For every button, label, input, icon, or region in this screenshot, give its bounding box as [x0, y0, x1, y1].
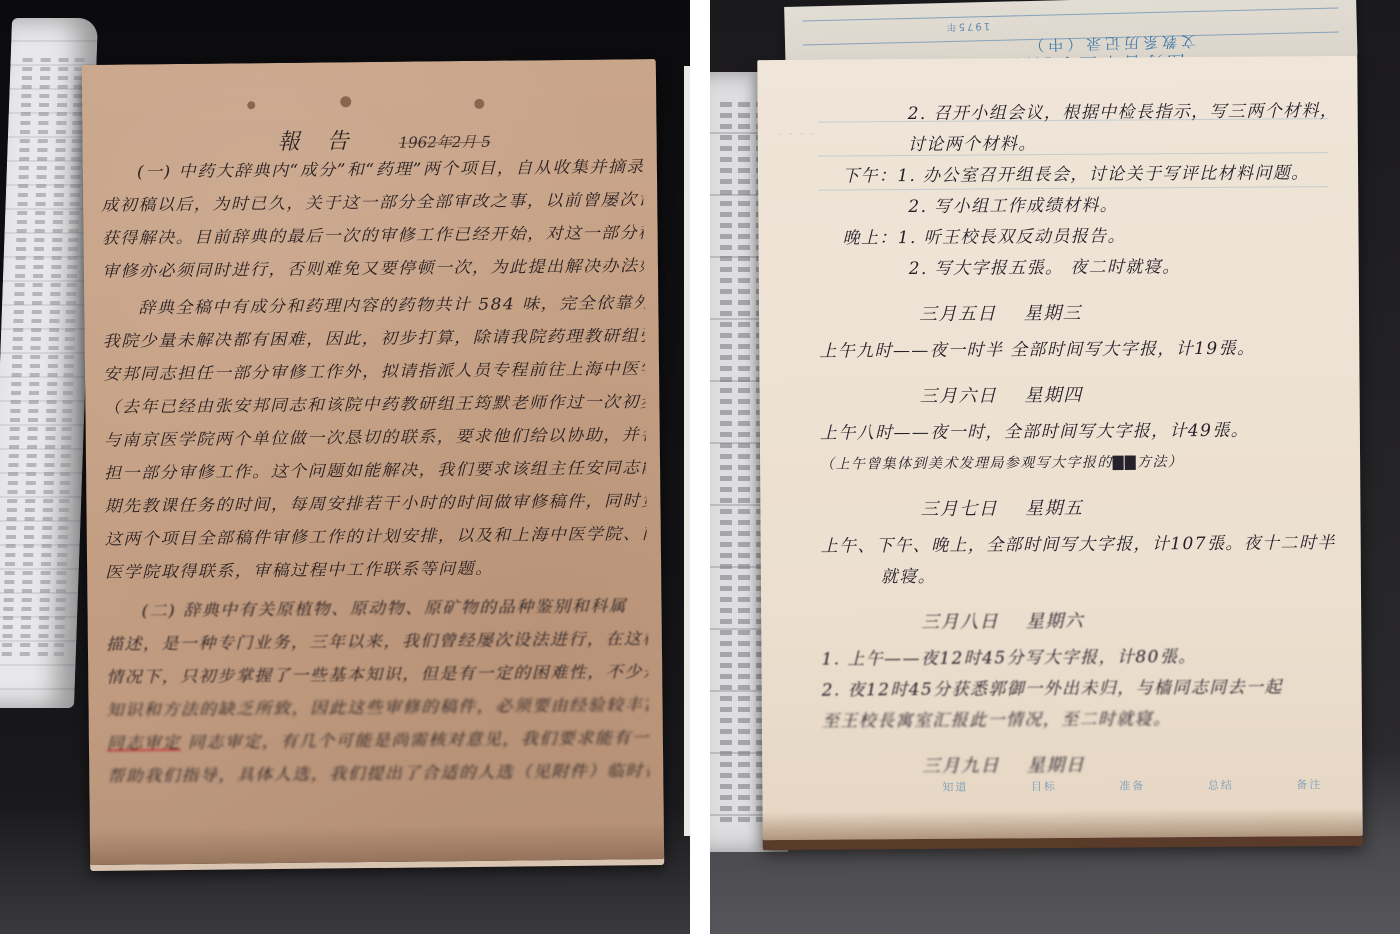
- footer-label: 备注: [1296, 776, 1322, 792]
- diary-line: 2. 夜12时45分获悉郭御一外出未归，与樯同志同去一起: [822, 672, 1342, 707]
- diary-body: 2. 召开小组会议，根据中检長指示，写三两个材料， 讨论两个材料。 下午：1. …: [818, 96, 1343, 789]
- report-line: 情况下，只初步掌握了一些基本知识，但是有一定的困难性，不少是由于: [106, 657, 648, 694]
- report-line: 担一部分审修工作。这个问题如能解决，我们要求该组主任安同志能在本学: [104, 453, 646, 490]
- red-underlined-text: 同志审定: [107, 734, 181, 754]
- report-paragraph-3: (二) 辞典中有关原植物、原动物、原矿物的品种鉴别和科属 描述，是一种专门业务，…: [105, 590, 649, 794]
- footer-label: 知道: [942, 779, 968, 795]
- report-line: 成初稿以后，为时已久，关于这一部分全部审改之事，以前曾屡次讨论，迄未: [101, 185, 643, 222]
- diary-line: 2. 召开小组会议，根据中检長指示，写三两个材料，: [818, 96, 1338, 131]
- diary-line: 1. 上午——夜12时45分写大字报，计80張。: [821, 641, 1341, 676]
- photo-divider: [690, 0, 710, 934]
- footer-label: 准备: [1119, 777, 1145, 793]
- diary-date-heading: 三月八日 星期六: [821, 604, 1341, 639]
- paper-stain: [340, 96, 351, 107]
- diary-date-heading: 三月五日 星期三: [819, 296, 1339, 331]
- report-line: (二) 辞典中有关原植物、原动物、原矿物的品种鉴别和科属: [105, 591, 647, 628]
- report-line: 获得解决。目前辞典的最后一次的审修工作已经开始，对这一部分稿件的: [101, 218, 643, 255]
- diary-line: 2. 写小组工作成绩材料。: [818, 189, 1338, 224]
- report-line: 医学院取得联系，审稿过程中工作联系等问题。: [105, 552, 647, 589]
- diary-page: · · · · 2. 召开小组会议，根据中检長指示，写三两个材料， 讨论两个材料…: [757, 56, 1362, 840]
- report-line: 安邦同志担任一部分审修工作外，拟请指派人员专程前往上海中医学院: [103, 354, 645, 391]
- report-line: 期先教课任务的时间，每周安排若干小时的时间做审修稿件，同时负责: [104, 486, 646, 523]
- diary-footer-printed-labels: 知道 目标 准备 总结 备注: [942, 776, 1322, 795]
- report-body: (一) 中药大辞典内“成分”和“药理”两个项目，自从收集并摘录 成初稿以后，为时…: [101, 151, 650, 794]
- diary-line: 至王校長寓室汇报此一情况，至二时就寝。: [822, 703, 1342, 738]
- diary-date-heading: 三月六日 星期四: [820, 378, 1340, 413]
- report-paragraph-2: 辞典全稿中有成分和药理内容的药物共计 584 味，完全依靠外援或 我院少量未解决…: [102, 287, 647, 590]
- report-line: 知识和方法的缺乏所致，因此这些审修的稿件，必须要由经验较丰富的: [106, 690, 648, 727]
- report-paragraph-1: (一) 中药大辞典内“成分”和“药理”两个项目，自从收集并摘录 成初稿以后，为时…: [101, 151, 644, 289]
- report-line: 这两个项目全部稿件审修工作的计划安排，以及和上海中医学院、南京: [105, 519, 647, 556]
- diary-date-heading: 三月七日 星期五: [820, 491, 1340, 526]
- report-line: 与南京医学院两个单位做一次恳切的联系，要求他们给以协助，并各分: [104, 420, 646, 457]
- paper-stain: [247, 101, 255, 109]
- diary-line: 上午八时——夜一时，全部时间写大字报，计49張。: [820, 415, 1340, 450]
- report-line-text: 知识和方法的缺乏所致，因此这些审修的稿件，必须要由经验较丰富的: [106, 695, 648, 720]
- report-sheet: 報 告 1962年2月 5 (一) 中药大辞典内“成分”和“药理”两个项目，自从…: [82, 59, 664, 865]
- report-title: 報 告: [277, 124, 358, 156]
- report-line: 帮助我们指导，具体人选，我们提出了合适的人选（见附件）临时在中医界: [107, 756, 649, 793]
- footer-label: 目标: [1031, 778, 1057, 794]
- report-line: 同志审定 同志审定，有几个可能是尚需核对意见，我们要求能有一位专业人员: [107, 723, 649, 760]
- flap-printed-fields: 1975年: [945, 20, 991, 36]
- report-line: 我院少量未解决都有困难，因此，初步打算，除请我院药理教研组张: [103, 321, 645, 358]
- report-date: 1962年2月 5: [399, 131, 491, 153]
- footer-label: 总结: [1208, 777, 1234, 793]
- left-photo-panel: 報 告 1962年2月 5 (一) 中药大辞典内“成分”和“药理”两个项目，自从…: [0, 0, 690, 934]
- diary-line: 上午、下午、晚上，全部时间写大字报，计107張。夜十二时半: [821, 528, 1341, 563]
- report-line-text: 同志审定，有几个可能是尚需核对意见，我们要求能有一位专业人员: [188, 728, 649, 753]
- report-line: (一) 中药大辞典内“成分”和“药理”两个项目，自从收集并摘录: [101, 152, 643, 189]
- ghost-printed-text: · · · ·: [778, 128, 817, 141]
- report-header: 報 告 1962年2月 5: [277, 123, 490, 156]
- diary-line: 下午：1. 办公室召开组長会，讨论关于写评比材料问题。: [818, 158, 1338, 193]
- report-line: 审修亦必须同时进行，否则难免又要停顿一次，为此提出解决办法如下：: [102, 251, 644, 288]
- report-line: 辞典全稿中有成分和药理内容的药物共计 584 味，完全依靠外援或: [102, 288, 644, 325]
- diary-line: 就寝。: [821, 559, 1341, 594]
- report-line: 描述，是一种专门业务，三年以来，我们曾经屡次设法进行，在这样的: [106, 624, 648, 661]
- diary-line: 晚上：1. 听王校長双反动员报告。: [818, 220, 1338, 255]
- diary-line: 2. 写大字报五張。 夜二时就寝。: [819, 251, 1339, 286]
- diary-line: 讨论两个材料。: [818, 127, 1338, 162]
- diary-line: 上午九时——夜一时半 全部时间写大字报，计19張。: [819, 333, 1339, 368]
- right-photo-panel: 1975年 文教系历记录（中） 江苏省中医学校门诊部 · · · · 2. 召开…: [710, 0, 1400, 934]
- paper-stain: [474, 99, 484, 109]
- diary-note: （上午曾集体到美术发理局参观写大字报的▇▇方法）: [820, 446, 1340, 481]
- report-line: （去年已经由张安邦同志和该院中药教研组王筠默老师作过一次初步联系）: [103, 387, 645, 424]
